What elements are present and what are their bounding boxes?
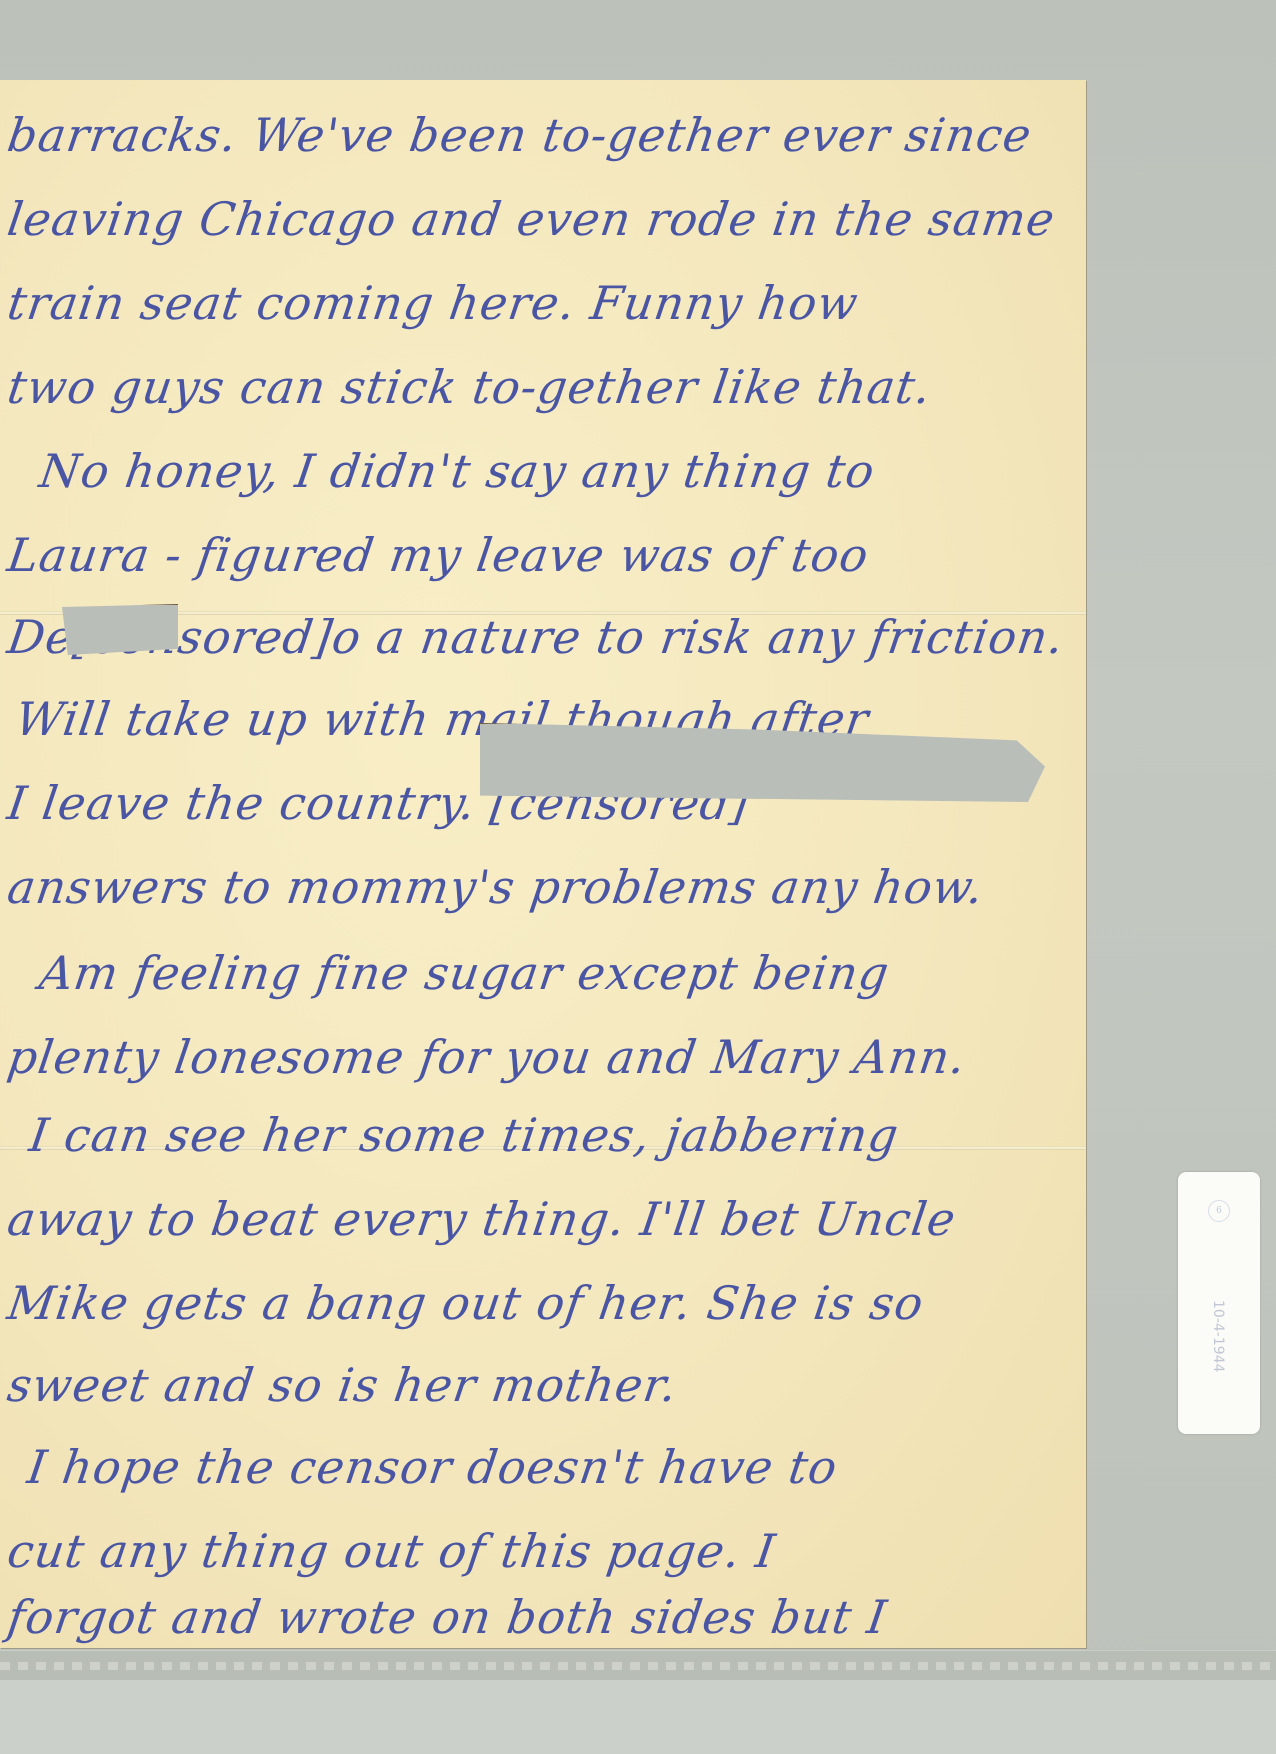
letter-line: Mike gets a bang out of her. She is so	[4, 1276, 927, 1330]
censor-cutout	[62, 604, 178, 655]
letter-line: Am feeling fine sugar except being	[36, 946, 893, 1000]
letter-line: No honey, I didn't say any thing to	[36, 444, 878, 498]
letter-line: train seat coming here. Funny how	[4, 276, 862, 330]
archive-note: 10-4-1944	[1210, 1300, 1226, 1360]
letter-line: Laura - figured my leave was of too	[4, 528, 872, 582]
perforations	[0, 1662, 1276, 1670]
archive-label: 6 10-4-1944	[1178, 1172, 1260, 1434]
handwritten-text: barracks. We've been to-gether ever sinc…	[0, 80, 1086, 1648]
letter-line: answers to mommy's problems any how.	[4, 860, 987, 914]
letter-page: barracks. We've been to-gether ever sinc…	[0, 80, 1086, 1648]
sleeve-perforated-strip	[0, 1650, 1276, 1683]
letter-line: away to beat every thing. I'll bet Uncle	[4, 1192, 959, 1246]
circled-number: 6	[1208, 1200, 1230, 1222]
letter-line: two guys can stick to-gether like that.	[4, 360, 935, 414]
letter-line: forgot and wrote on both sides but I	[4, 1590, 890, 1644]
letter-line: I hope the censor doesn't have to	[24, 1440, 841, 1494]
letter-line: barracks. We've been to-gether ever sinc…	[4, 108, 1035, 162]
letter-line: cut any thing out of this page. I	[4, 1524, 779, 1578]
sleeve-lower-area	[0, 1680, 1276, 1754]
letter-line: I can see her some times, jabbering	[26, 1108, 902, 1162]
letter-line: leaving Chicago and even rode in the sam…	[4, 192, 1058, 246]
letter-line: plenty lonesome for you and Mary Ann.	[4, 1030, 969, 1084]
letter-line: sweet and so is her mother.	[4, 1358, 681, 1412]
